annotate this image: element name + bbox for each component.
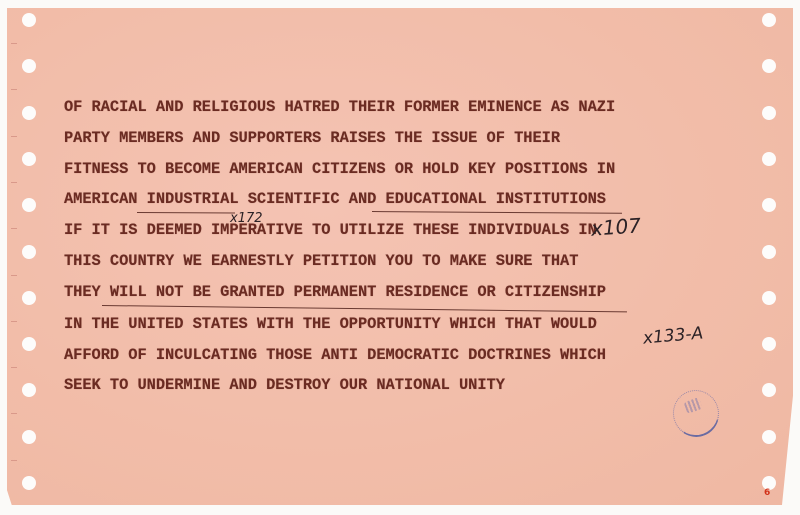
text-line: OF RACIAL AND RELIGIOUS HATRED THEIR FOR… <box>64 100 615 115</box>
text-line: THIS COUNTRY WE EARNESTLY PETITION YOU T… <box>64 254 578 269</box>
perforation-mark <box>11 321 17 322</box>
perforation-mark <box>11 182 17 183</box>
perforation-mark <box>11 506 17 507</box>
feed-hole <box>762 59 776 73</box>
text-line: AFFORD OF INCULCATING THOSE ANTI DEMOCRA… <box>64 348 606 363</box>
feed-hole <box>22 152 36 166</box>
feed-hole <box>22 198 36 212</box>
feed-hole <box>762 152 776 166</box>
feed-hole <box>22 430 36 444</box>
feed-hole <box>22 13 36 27</box>
underline-industrial <box>137 212 235 214</box>
feed-hole <box>22 383 36 397</box>
handwritten-note-x107: x107 <box>590 215 641 238</box>
feed-hole <box>762 430 776 444</box>
feed-hole <box>762 106 776 120</box>
feed-hole <box>22 59 36 73</box>
telegram-paper: OF RACIAL AND RELIGIOUS HATRED THEIR FOR… <box>7 8 793 505</box>
feed-hole <box>22 337 36 351</box>
feed-hole <box>22 245 36 259</box>
perforation-mark <box>11 89 17 90</box>
text-line: FITNESS TO BECOME AMERICAN CITIZENS OR H… <box>64 162 615 177</box>
text-line: SEEK TO UNDERMINE AND DESTROY OUR NATION… <box>64 378 505 393</box>
feed-hole <box>762 245 776 259</box>
underline-will-not-be-granted <box>102 305 627 313</box>
perforation-mark <box>11 228 17 229</box>
perforation-mark <box>11 367 17 368</box>
text-line: IN THE UNITED STATES WITH THE OPPORTUNIT… <box>64 317 597 332</box>
underline-educational-institutions <box>372 211 622 214</box>
text-line: THEY WILL NOT BE GRANTED PERMANENT RESID… <box>64 285 606 300</box>
perforation-mark <box>11 43 17 44</box>
text-line: IF IT IS DEEMED IMPERATIVE TO UTILIZE TH… <box>64 223 597 238</box>
text-line: AMERICAN INDUSTRIAL SCIENTIFIC AND EDUCA… <box>64 192 606 207</box>
feed-hole <box>762 383 776 397</box>
received-stamp <box>666 384 725 444</box>
feed-hole <box>762 13 776 27</box>
perforation-mark <box>11 275 17 276</box>
perforation-mark <box>11 460 17 461</box>
feed-hole <box>22 291 36 305</box>
handwritten-note-x133a: x133-A <box>642 325 704 347</box>
perforation-mark <box>11 413 17 414</box>
feed-hole <box>762 198 776 212</box>
perforation-mark <box>11 136 17 137</box>
feed-hole <box>22 106 36 120</box>
text-line: PARTY MEMBERS AND SUPPORTERS RAISES THE … <box>64 131 560 146</box>
feed-hole <box>762 337 776 351</box>
feed-hole <box>22 476 36 490</box>
page-marker: 6 <box>764 488 770 498</box>
handwritten-note-x172: x172 <box>230 212 263 225</box>
feed-hole <box>762 291 776 305</box>
